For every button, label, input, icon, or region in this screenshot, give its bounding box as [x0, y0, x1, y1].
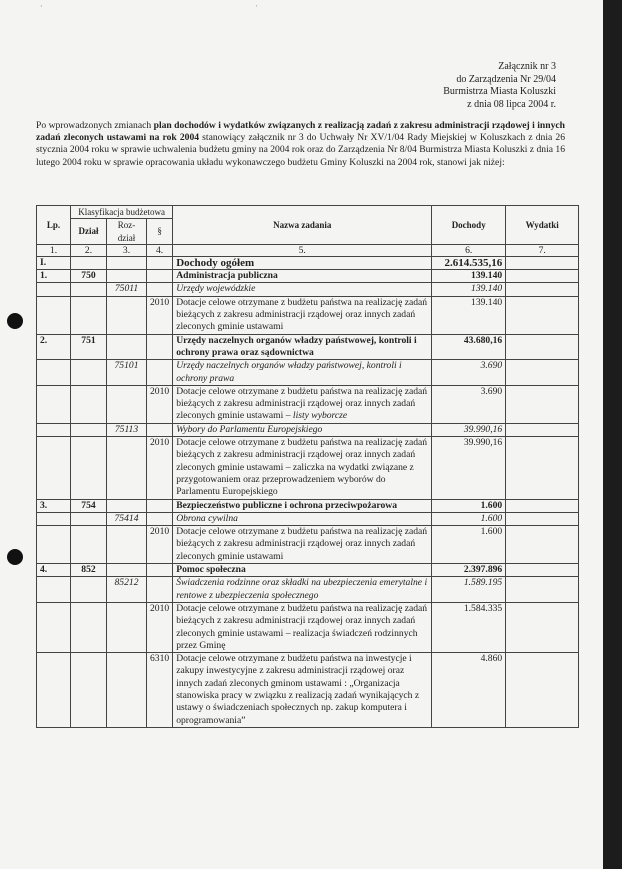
cell-dzial: 852	[71, 564, 107, 577]
cell-par: 2010	[147, 602, 173, 652]
cell-rozdzial	[107, 499, 147, 512]
cell-par	[147, 360, 173, 386]
cell-par	[147, 512, 173, 525]
cell-dochody: 3.690	[432, 360, 506, 386]
table-row: 6310Dotacje celowe otrzymane z budżetu p…	[37, 653, 579, 728]
cell-dochody: 4.860	[432, 653, 506, 728]
cell-wydatki	[506, 577, 579, 603]
header-rozdzial: Roz-dział	[107, 219, 147, 245]
cell-par	[147, 256, 173, 269]
cell-nazwa: Urzędy naczelnych organów władzy państwo…	[173, 334, 432, 360]
table-row: 2010Dotacje celowe otrzymane z budżetu p…	[37, 296, 579, 334]
scan-speck: ˈ	[255, 4, 258, 13]
table-row: 2010Dotacje celowe otrzymane z budżetu p…	[37, 602, 579, 652]
cell-rozdzial	[107, 564, 147, 577]
attachment-number: Załącznik nr 3	[443, 61, 556, 74]
cell-lp	[37, 602, 71, 652]
cell-lp	[37, 653, 71, 728]
table-row: 75011Urzędy wojewódzkie139.140	[37, 283, 579, 296]
punch-hole	[7, 313, 23, 329]
cell-nazwa: Urzędy naczelnych organów władzy państwo…	[173, 360, 432, 386]
cell-dochody: 139.140	[432, 296, 506, 334]
cell-lp	[37, 437, 71, 499]
cell-rozdzial: 75414	[107, 512, 147, 525]
header-dzial: Dział	[71, 219, 107, 245]
cell-rozdzial	[107, 526, 147, 564]
column-number-row: 1. 2. 3. 4. 5. 6. 7.	[37, 244, 579, 256]
cell-nazwa: Dotacje celowe otrzymane z budżetu państ…	[173, 437, 432, 499]
cell-par	[147, 577, 173, 603]
header-klasyfikacja: Klasyfikacja budżetowa	[71, 206, 173, 219]
header-dochody: Dochody	[432, 206, 506, 245]
cell-wydatki	[506, 296, 579, 334]
table-row: 4.852Pomoc społeczna2.397.896	[37, 564, 579, 577]
cell-rozdzial	[107, 437, 147, 499]
cell-rozdzial: 75011	[107, 283, 147, 296]
cell-wydatki	[506, 499, 579, 512]
cell-wydatki	[506, 283, 579, 296]
cell-wydatki	[506, 334, 579, 360]
cell-dzial	[71, 283, 107, 296]
table-row: 75414Obrona cywilna1.600	[37, 512, 579, 525]
cell-lp	[37, 512, 71, 525]
cell-lp	[37, 423, 71, 436]
cell-dochody: 2.614.535,16	[432, 256, 506, 269]
cell-dzial: 750	[71, 270, 107, 283]
cell-nazwa: Dotacje celowe otrzymane z budżetu państ…	[173, 602, 432, 652]
cell-dzial	[71, 256, 107, 269]
cell-dzial: 751	[71, 334, 107, 360]
cell-lp	[37, 526, 71, 564]
cell-par	[147, 334, 173, 360]
scan-dark-edge	[603, 0, 622, 869]
cell-par	[147, 423, 173, 436]
issuer: Burmistrza Miasta Koluszki	[443, 86, 556, 99]
table-row: 2.751Urzędy naczelnych organów władzy pa…	[37, 334, 579, 360]
cell-dzial	[71, 437, 107, 499]
ordinance-ref: do Zarządzenia Nr 29/04	[443, 74, 556, 87]
cell-nazwa: Wybory do Parlamentu Europejskiego	[173, 423, 432, 436]
cell-par	[147, 499, 173, 512]
cell-par: 6310	[147, 653, 173, 728]
cell-dzial	[71, 360, 107, 386]
cell-wydatki	[506, 360, 579, 386]
cell-wydatki	[506, 437, 579, 499]
cell-lp: 4.	[37, 564, 71, 577]
table-row: I.Dochody ogółem2.614.535,16	[37, 256, 579, 269]
header-nazwa: Nazwa zadania	[173, 206, 432, 245]
cell-lp	[37, 577, 71, 603]
cell-dzial	[71, 653, 107, 728]
cell-dochody: 39.990,16	[432, 437, 506, 499]
cell-wydatki	[506, 653, 579, 728]
cell-rozdzial	[107, 385, 147, 423]
cell-lp	[37, 360, 71, 386]
cell-dochody: 1.600	[432, 526, 506, 564]
intro-paragraph: Po wprowadzonych zmianach plan dochodów …	[36, 120, 565, 169]
attachment-header: Załącznik nr 3 do Zarządzenia Nr 29/04 B…	[443, 61, 556, 111]
cell-nazwa: Bezpieczeństwo publiczne i ochrona przec…	[173, 499, 432, 512]
cell-par	[147, 564, 173, 577]
cell-nazwa: Dotacje celowe otrzymane z budżetu państ…	[173, 653, 432, 728]
header-wydatki: Wydatki	[506, 206, 579, 245]
budget-table: Lp. Klasyfikacja budżetowa Nazwa zadania…	[36, 205, 579, 728]
cell-nazwa: Pomoc społeczna	[173, 564, 432, 577]
table-row: 2010Dotacje celowe otrzymane z budżetu p…	[37, 526, 579, 564]
issue-date: z dnia 08 lipca 2004 r.	[443, 99, 556, 112]
scan-speck: ·	[40, 2, 43, 11]
cell-dzial	[71, 526, 107, 564]
table-row: 3.754Bezpieczeństwo publiczne i ochrona …	[37, 499, 579, 512]
cell-dzial	[71, 385, 107, 423]
cell-nazwa: Dotacje celowe otrzymane z budżetu państ…	[173, 385, 432, 423]
cell-dochody: 1.589.195	[432, 577, 506, 603]
header-lp: Lp.	[37, 206, 71, 245]
cell-wydatki	[506, 423, 579, 436]
cell-dochody: 1.584.335	[432, 602, 506, 652]
cell-lp	[37, 385, 71, 423]
cell-wydatki	[506, 512, 579, 525]
punch-hole	[7, 549, 23, 565]
cell-lp	[37, 296, 71, 334]
italic-suffix: listy wyborcze	[293, 410, 347, 421]
table-row: 85212Świadczenia rodzinne oraz składki n…	[37, 577, 579, 603]
cell-wydatki	[506, 564, 579, 577]
cell-dzial	[71, 512, 107, 525]
cell-lp: 2.	[37, 334, 71, 360]
cell-dzial: 754	[71, 499, 107, 512]
cell-nazwa: Dotacje celowe otrzymane z budżetu państ…	[173, 526, 432, 564]
cell-rozdzial	[107, 270, 147, 283]
cell-rozdzial	[107, 256, 147, 269]
cell-par: 2010	[147, 296, 173, 334]
table-row: 2010Dotacje celowe otrzymane z budżetu p…	[37, 385, 579, 423]
cell-wydatki	[506, 526, 579, 564]
cell-rozdzial: 75113	[107, 423, 147, 436]
cell-par	[147, 270, 173, 283]
cell-wydatki	[506, 256, 579, 269]
cell-dochody: 3.690	[432, 385, 506, 423]
table-row: 1.750Administracja publiczna139.140	[37, 270, 579, 283]
cell-nazwa: Administracja publiczna	[173, 270, 432, 283]
cell-lp	[37, 283, 71, 296]
cell-dochody: 139.140	[432, 283, 506, 296]
cell-lp: I.	[37, 256, 71, 269]
cell-nazwa: Dochody ogółem	[173, 256, 432, 269]
cell-nazwa: Urzędy wojewódzkie	[173, 283, 432, 296]
cell-nazwa: Obrona cywilna	[173, 512, 432, 525]
cell-dzial	[71, 423, 107, 436]
cell-dochody: 1.600	[432, 512, 506, 525]
cell-par: 2010	[147, 437, 173, 499]
cell-lp: 1.	[37, 270, 71, 283]
cell-wydatki	[506, 602, 579, 652]
cell-dochody: 43.680,16	[432, 334, 506, 360]
cell-dochody: 39.990,16	[432, 423, 506, 436]
table-row: 2010Dotacje celowe otrzymane z budżetu p…	[37, 437, 579, 499]
cell-rozdzial	[107, 334, 147, 360]
cell-rozdzial	[107, 653, 147, 728]
cell-rozdzial: 75101	[107, 360, 147, 386]
cell-rozdzial: 85212	[107, 577, 147, 603]
cell-dochody: 1.600	[432, 499, 506, 512]
cell-dochody: 2.397.896	[432, 564, 506, 577]
cell-rozdzial	[107, 602, 147, 652]
table-row: 75101Urzędy naczelnych organów władzy pa…	[37, 360, 579, 386]
cell-dzial	[71, 602, 107, 652]
cell-par: 2010	[147, 385, 173, 423]
cell-lp: 3.	[37, 499, 71, 512]
cell-nazwa: Dotacje celowe otrzymane z budżetu państ…	[173, 296, 432, 334]
cell-par	[147, 283, 173, 296]
table-row: 75113Wybory do Parlamentu Europejskiego3…	[37, 423, 579, 436]
cell-wydatki	[506, 270, 579, 283]
cell-rozdzial	[107, 296, 147, 334]
cell-wydatki	[506, 385, 579, 423]
cell-dzial	[71, 296, 107, 334]
cell-nazwa: Świadczenia rodzinne oraz składki na ube…	[173, 577, 432, 603]
budget-table-body: I.Dochody ogółem2.614.535,161.750Adminis…	[37, 256, 579, 727]
cell-par: 2010	[147, 526, 173, 564]
cell-dochody: 139.140	[432, 270, 506, 283]
header-paragraf: §	[147, 219, 173, 245]
cell-dzial	[71, 577, 107, 603]
